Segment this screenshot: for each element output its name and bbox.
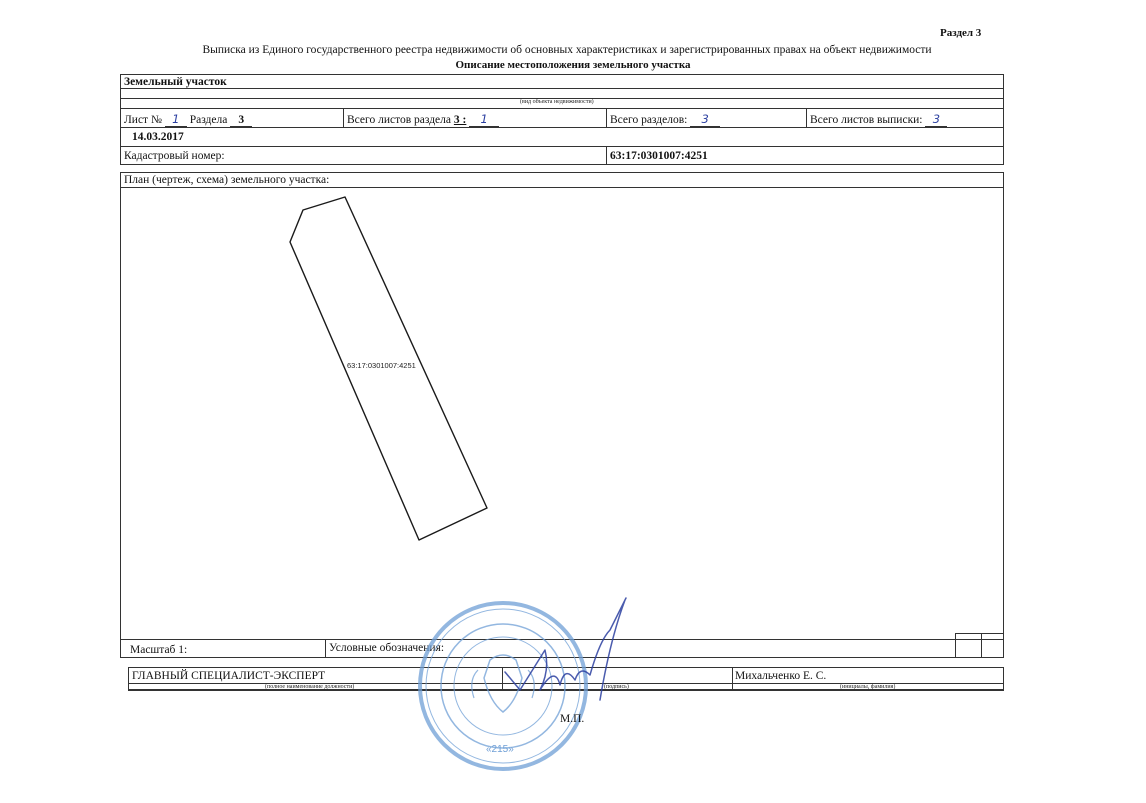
stamp-place-label: М.П. xyxy=(560,713,584,725)
signature-icon xyxy=(0,0,1146,803)
